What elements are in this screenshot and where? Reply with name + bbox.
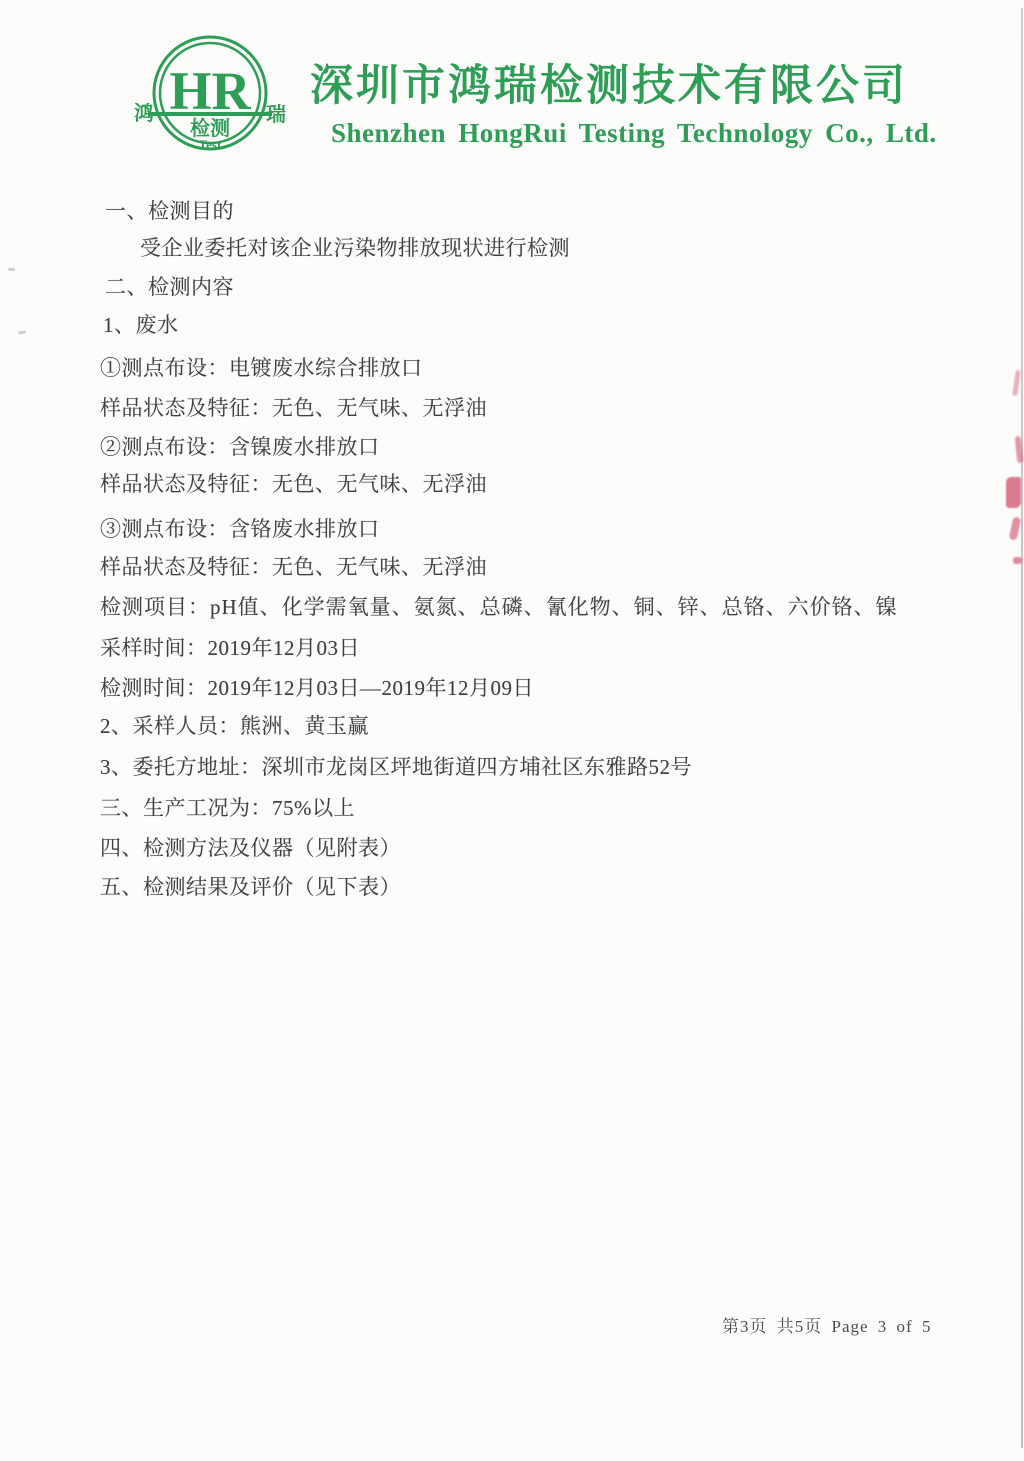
scan-speck: [8, 268, 15, 271]
test-items: 检测项目：pH值、化学需氧量、氨氮、总磷、氰化物、铜、锌、总铬、六价铬、镍: [100, 591, 898, 621]
testing-date: 检测时间：2019年12月03日—2019年12月09日: [100, 672, 534, 702]
logo-bottom-en: Test: [199, 137, 222, 152]
purpose-text: 受企业委托对该企业污染物排放现状进行检测: [140, 232, 570, 262]
company-name-cn: 深圳市鸿瑞检测技术有限公司: [310, 52, 930, 113]
document-page: HR 鸿 瑞 检测 Test 深圳市鸿瑞检测技术有限公司 Shenzhen Ho…: [0, 0, 1024, 1461]
subsection-wastewater: 1、废水: [103, 309, 179, 339]
red-seal-bleed-mark: [1012, 370, 1021, 396]
sampling-point-2: ②测点布设：含镍废水排放口: [100, 431, 380, 461]
company-name-en: Shenzhen HongRui Testing Technology Co.,…: [331, 118, 931, 149]
sampling-point-1: ①测点布设：电镀废水综合排放口: [100, 352, 423, 382]
logo-right-char: 瑞: [266, 102, 286, 126]
sample-state-1: 样品状态及特征：无色、无气味、无浮油: [100, 392, 487, 422]
scan-speck: [18, 330, 26, 334]
red-seal-bleed-mark: [1006, 477, 1021, 508]
section-heading-content: 二、检测内容: [105, 271, 234, 301]
section-methods-instruments: 四、检测方法及仪器（见附表）: [100, 832, 401, 862]
sampling-point-3: ③测点布设：含铬废水排放口: [100, 513, 380, 543]
page-number: 第3页 共5页 Page 3 of 5: [722, 1312, 931, 1337]
sampling-personnel: 2、采样人员：熊洲、黄玉赢: [100, 710, 369, 740]
section-production-condition: 三、生产工况为：75%以上: [100, 792, 355, 822]
logo-monogram: HR: [170, 61, 252, 121]
sampling-date: 采样时间：2019年12月03日: [100, 632, 360, 662]
red-seal-bleed-mark: [1013, 557, 1022, 564]
company-logo-icon: HR 鸿 瑞 检测 Test: [128, 30, 292, 160]
scan-edge-line: [1021, 8, 1023, 1448]
sample-state-2: 样品状态及特征：无色、无气味、无浮油: [100, 468, 487, 498]
client-address: 3、委托方地址：深圳市龙岗区坪地街道四方埔社区东雅路52号: [100, 751, 692, 781]
logo-left-char: 鸿: [134, 102, 154, 125]
red-seal-bleed-mark: [1009, 516, 1022, 540]
section-results-evaluation: 五、检测结果及评价（见下表）: [100, 871, 401, 901]
section-heading-purpose: 一、检测目的: [105, 195, 234, 225]
sample-state-3: 样品状态及特征：无色、无气味、无浮油: [100, 551, 487, 581]
